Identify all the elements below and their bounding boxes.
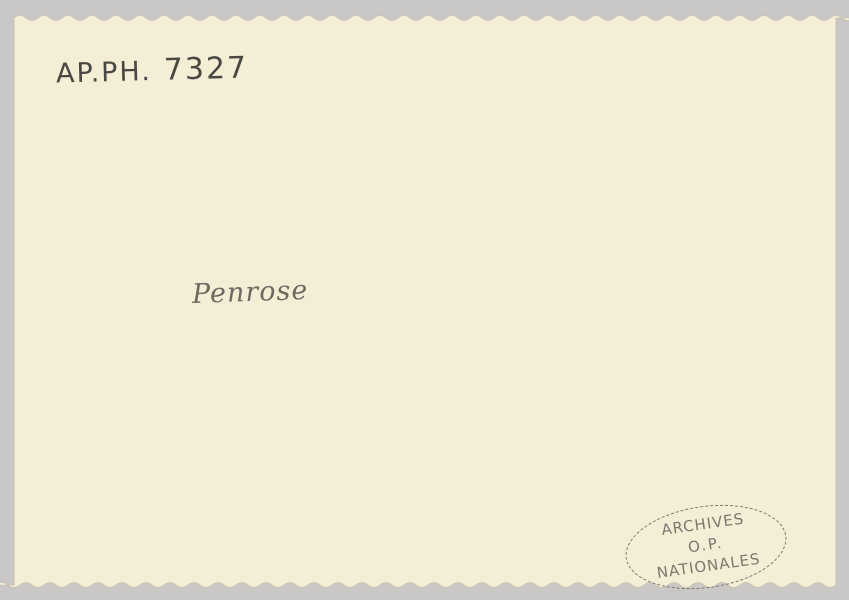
handwritten-name: Penrose [191, 275, 308, 310]
shelfmark-prefix: AP.PH. [56, 56, 153, 89]
shelfmark: AP.PH.7327 [56, 50, 249, 90]
photo-back-card: AP.PH.7327 Penrose [14, 15, 836, 587]
shelfmark-number: 7327 [163, 50, 248, 87]
